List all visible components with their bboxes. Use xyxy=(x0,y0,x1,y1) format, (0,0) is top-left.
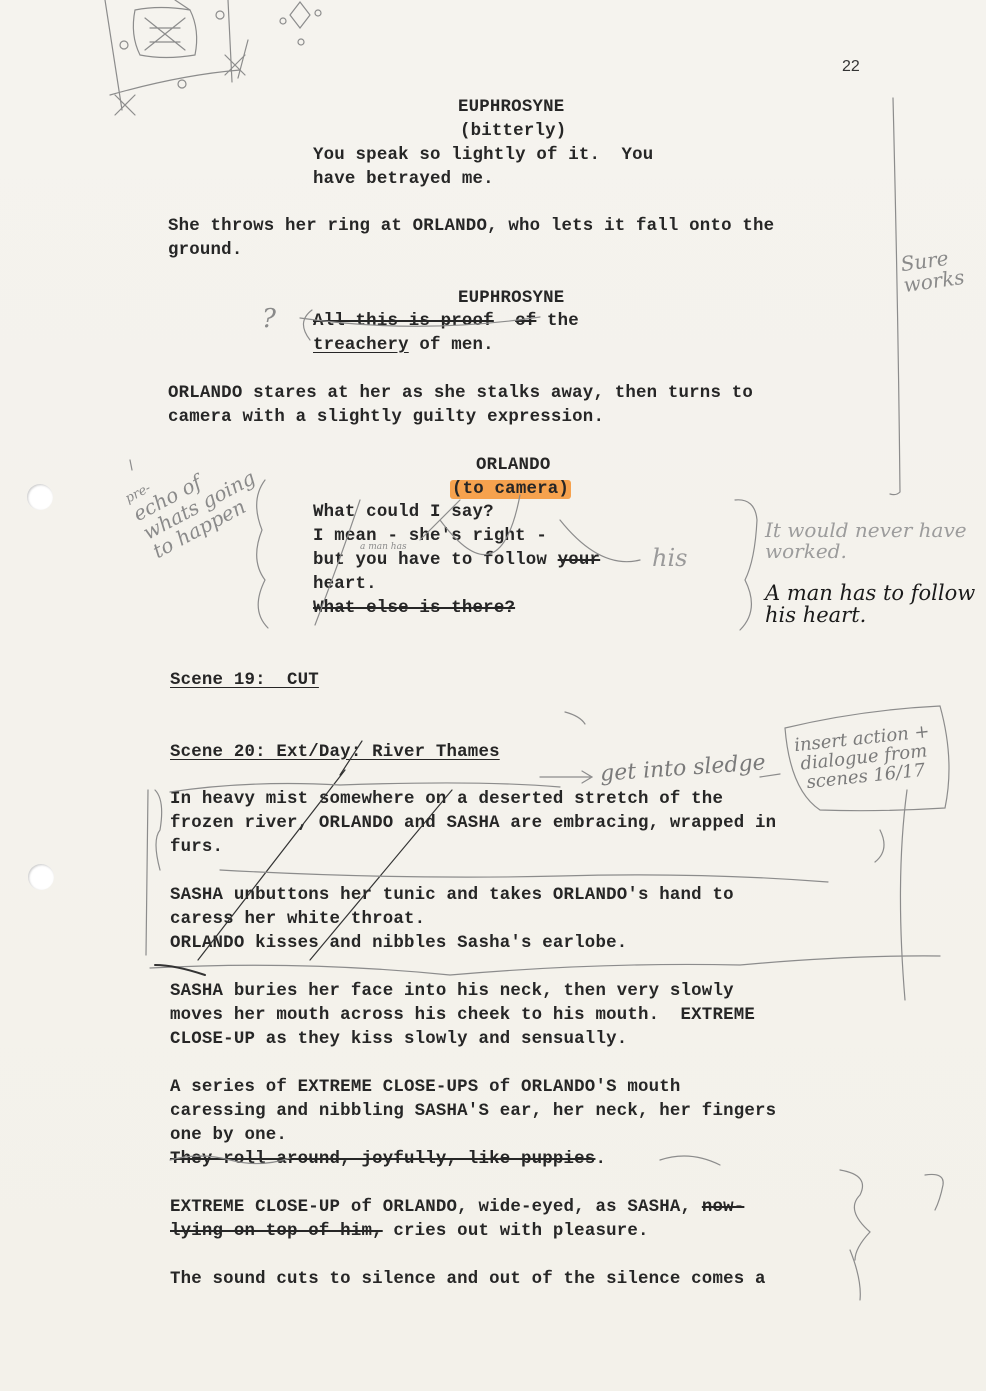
character-euphrosyne: EUPHROSYNE xyxy=(458,96,564,120)
dialogue-line: heart. xyxy=(313,573,377,597)
action-line: SASHA buries her face into his neck, the… xyxy=(170,980,734,1004)
action-line: CLOSE-UP as they kiss slowly and sensual… xyxy=(170,1028,627,1052)
text: cries out with pleasure. xyxy=(383,1222,649,1241)
dialogue-line: What could I say? xyxy=(313,501,494,525)
struck-now: now- xyxy=(702,1198,745,1217)
action-line: moves her mouth across his cheek to his … xyxy=(170,1004,755,1028)
dialogue-line-struck: What else is there? xyxy=(313,597,515,621)
note-line: his heart. xyxy=(765,603,866,627)
scene-20-heading: Scene 20: Ext/Day: River Thames xyxy=(170,741,500,765)
action-line: In heavy mist somewhere on a deserted st… xyxy=(170,788,723,812)
action-line: furs. xyxy=(170,836,223,860)
dialogue-line-struck: All this is proof of the xyxy=(313,310,579,334)
text: EXTREME CLOSE-UP of ORLANDO, wide-eyed, … xyxy=(170,1198,702,1217)
script-page: 22 EUPHROSYNE (bitterly) You speak so li… xyxy=(0,0,986,1391)
dialogue-line: I mean - she's right - xyxy=(313,525,547,549)
underlined-treachery: treachery xyxy=(313,336,409,355)
action-line: caressing and nibbling SASHA'S ear, her … xyxy=(170,1100,776,1124)
struck-your: your xyxy=(558,551,601,570)
dialogue-text: but you have to follow xyxy=(313,551,558,570)
binder-hole-bottom xyxy=(28,864,54,890)
scene-19-heading: Scene 19: CUT xyxy=(170,669,319,693)
action-line: lying on top of him, cries out with plea… xyxy=(170,1220,649,1244)
character-orlando: ORLANDO xyxy=(476,454,550,478)
insert-his: his xyxy=(652,546,687,571)
period: . xyxy=(595,1150,606,1169)
binder-hole-top xyxy=(27,484,53,510)
note-man-follow-heart: A man has to follow his heart. xyxy=(765,582,975,626)
parenthetical-to-camera: (to camera) xyxy=(450,478,571,502)
dialogue-rest: of men. xyxy=(409,336,494,355)
note-sure-works: Sure works xyxy=(899,246,965,296)
action-line: frozen river, ORLANDO and SASHA are embr… xyxy=(170,812,776,836)
note-get-into-sledge: get into sledge xyxy=(599,751,766,786)
page-number: 22 xyxy=(842,58,860,76)
dialogue-line: treachery of men. xyxy=(313,334,494,358)
character-euphrosyne-2: EUPHROSYNE xyxy=(458,287,564,311)
dialogue-line: but you have to follow your xyxy=(313,549,600,573)
struck-text: They roll around, joyfully, like puppies xyxy=(170,1150,595,1169)
question-mark-note: ? xyxy=(262,306,276,333)
note-pre-echo: pre- echo of whats going to happen xyxy=(120,430,268,562)
struck-phrase: All this is proof xyxy=(313,312,494,331)
note-never-worked: It would never have worked. xyxy=(765,520,967,562)
action-line: ground. xyxy=(168,239,242,263)
action-line: EXTREME CLOSE-UP of ORLANDO, wide-eyed, … xyxy=(170,1196,744,1220)
action-line: ORLANDO stares at her as she stalks away… xyxy=(168,382,753,406)
action-line: She throws her ring at ORLANDO, who lets… xyxy=(168,215,774,239)
pencil-annotations xyxy=(0,0,986,1391)
action-line: ORLANDO kisses and nibbles Sasha's earlo… xyxy=(170,932,627,956)
action-line-struck: They roll around, joyfully, like puppies… xyxy=(170,1148,606,1172)
dialogue-line: You speak so lightly of it. You xyxy=(313,144,653,168)
note-line: worked. xyxy=(765,539,847,563)
struck-lying: lying on top of him, xyxy=(170,1222,383,1241)
action-line: one by one. xyxy=(170,1124,287,1148)
highlighted-parenthetical: (to camera) xyxy=(450,480,571,499)
action-line: camera with a slightly guilty expression… xyxy=(168,406,604,430)
note-insert-action: insert action + dialogue from scenes 16/… xyxy=(793,723,934,794)
action-line: caress her white throat. xyxy=(170,908,425,932)
action-line: A series of EXTREME CLOSE-UPS of ORLANDO… xyxy=(170,1076,681,1100)
word-the: the xyxy=(547,312,579,331)
action-line: The sound cuts to silence and out of the… xyxy=(170,1268,766,1292)
note-line: A man has to follow xyxy=(765,581,975,605)
struck-of: of xyxy=(515,312,536,331)
dialogue-line: have betrayed me. xyxy=(313,168,494,192)
action-line: SASHA unbuttons her tunic and takes ORLA… xyxy=(170,884,734,908)
parenthetical-bitterly: (bitterly) xyxy=(460,120,566,144)
